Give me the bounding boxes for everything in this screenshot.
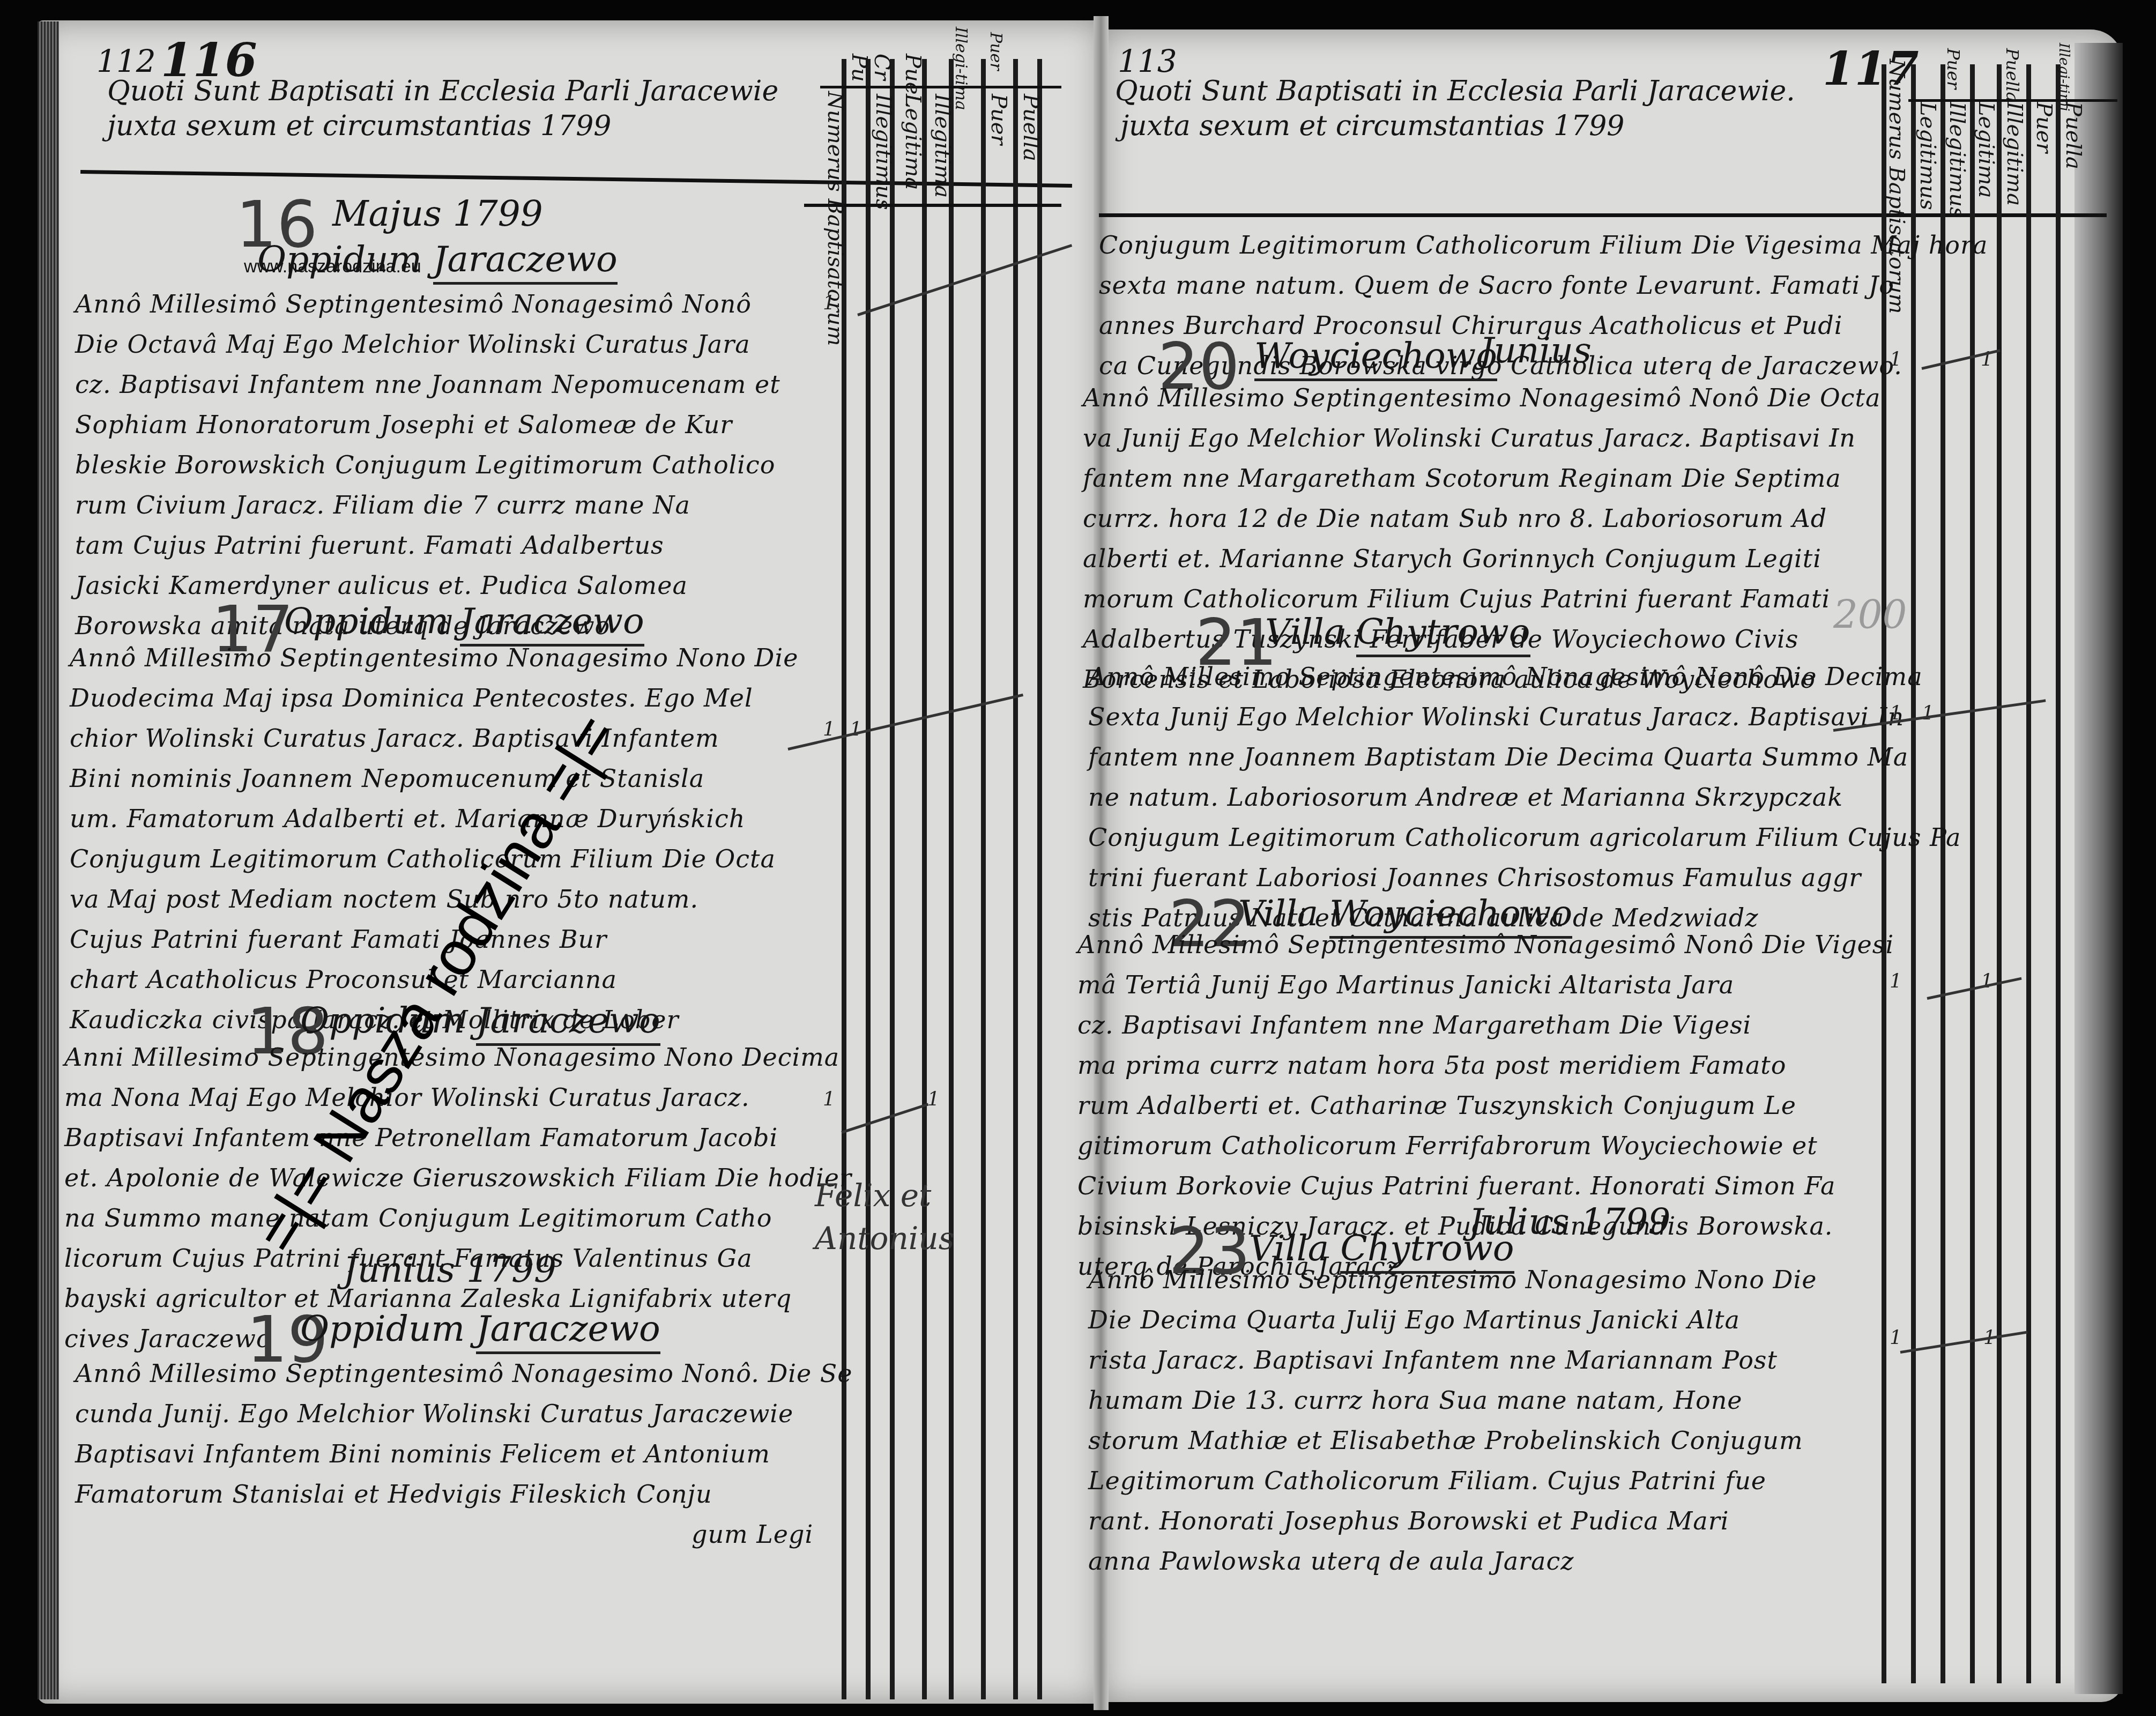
- entry-20-location: Woyciechowo: [1254, 335, 1497, 376]
- entry-17-location: Oppidum Jaraczewo: [284, 600, 644, 642]
- entry-16-location-name: Jaraczewo: [433, 239, 618, 285]
- entry-21-line: Conjugum Legitimorum Catholicorum agrico…: [1088, 823, 1961, 852]
- entry-20-line: currz. hora 12 de Die natam Sub nro 8. L…: [1083, 504, 1827, 533]
- entry-19-line: Annô Millesimo Septingentesimô Nonagesim…: [75, 1359, 853, 1388]
- right-header-line-2: juxta sexum et circumstantias 1799: [1120, 110, 1624, 142]
- book-right-edge: [2075, 43, 2123, 1694]
- entry-23-line: Legitimorum Catholicorum Filiam. Cujus P…: [1088, 1466, 1766, 1495]
- left-col-head-rule: [820, 86, 1061, 88]
- entry-16-line: Jasicki Kamerdyner aulicus et. Pudica Sa…: [75, 571, 688, 600]
- right-col-puer: Puer: [2032, 102, 2056, 153]
- entry-17-line: chart Acatholicus Proconsul et Marcianna: [70, 965, 617, 994]
- entry-21-line: fantem nne Joannem Baptistam Die Decima …: [1088, 742, 1908, 771]
- entry-19-body: Annô Millesimo Septingentesimô Nonagesim…: [75, 1354, 853, 1555]
- entry-17-line: Duodecima Maj ipsa Dominica Pentecostes.…: [70, 684, 753, 712]
- left-col-illegitimus: Illegitimus: [871, 94, 896, 210]
- entry-23-line: rant. Honorati Josephus Borowski et Pudi…: [1088, 1506, 1729, 1535]
- entry-20-line: Annô Millesimo Septingentesimo Nonagesim…: [1083, 383, 1880, 412]
- left-col-line: [1013, 59, 1018, 1699]
- left-col-line: [981, 59, 986, 1699]
- entry-20-line: fantem nne Margaretham Scotorum Reginam …: [1083, 464, 1841, 493]
- entry-19-line: cunda Junij. Ego Melchior Wolinski Curat…: [75, 1399, 793, 1428]
- left-col-top-illegitima: Illegi-tima: [951, 27, 970, 110]
- entry-18-line: Baptisavi Infantem nne Petronellam Famat…: [64, 1123, 778, 1152]
- right-col-puella: Puella: [2061, 102, 2086, 169]
- entry-22-line: rum Adalberti et. Catharinæ Tuszynskich …: [1077, 1091, 1796, 1120]
- entry-22-tally-mark: 1: [1890, 970, 1902, 992]
- entry-23-line: Die Decima Quarta Julij Ego Martinus Jan…: [1088, 1305, 1740, 1334]
- entry-18-line: cives Jaraczewo: [64, 1324, 271, 1353]
- right-col-illegitimus: Illegitimus: [1945, 102, 1969, 218]
- entry-20-line: va Junij Ego Melchior Wolinski Curatus J…: [1083, 424, 1856, 452]
- entry-23-body: Annô Millesimo Septingentesimo Nonagesim…: [1088, 1260, 1817, 1581]
- entry-16-line: Sophiam Honoratorum Josephi et Salomeæ d…: [75, 410, 732, 439]
- watermark-url: www.naszarodzina.eu: [244, 256, 421, 277]
- entry-16-line: Annô Millesimô Septingentesimô Nonagesim…: [75, 289, 752, 318]
- entry-22-line: mâ Tertiâ Junij Ego Martinus Janicki Alt…: [1077, 970, 1734, 999]
- right-col-top-puella: Puella: [2002, 48, 2023, 102]
- entry-17-tally-mark: 1: [850, 718, 862, 740]
- continuation-line: Conjugum Legitimorum Catholicorum Filium…: [1099, 231, 1988, 259]
- entry-18-line: Anni Millesimo Septingentesimo Nonagesim…: [64, 1043, 839, 1072]
- entry-23-tally-mark: 1: [1890, 1327, 1902, 1349]
- book-left-edge: [38, 21, 59, 1699]
- entry-21-line: Sexta Junij Ego Melchior Wolinski Curatu…: [1088, 702, 1904, 731]
- entry-19-location: Oppidum Jaraczewo: [300, 1308, 660, 1349]
- entry-18-tally-mark: 1: [823, 1088, 835, 1110]
- entry-20-pencil-note: 200: [1833, 592, 1907, 637]
- entry-18-location: Oppidum Jaraczewo: [300, 1000, 660, 1041]
- right-folio-old: 113: [1118, 43, 1177, 79]
- entry-23-line: humam Die 13. currz hora Sua mane natam,…: [1088, 1386, 1743, 1415]
- entry-21-line: Annô Millesimo Septingentesimô Nonagesim…: [1088, 662, 1923, 691]
- right-col-line: [1997, 64, 2002, 1683]
- right-col-legitimus: Legitimus: [1915, 102, 1940, 210]
- left-col-line: [949, 59, 954, 1699]
- entry-21-location-name: Chytrowo: [1356, 611, 1530, 657]
- entry-21-location-type: Villa: [1265, 611, 1345, 652]
- entry-23-line: storum Mathiæ et Elisabethæ Probelinskic…: [1088, 1426, 1803, 1455]
- left-folio-old: 112: [96, 43, 156, 79]
- entry-19-location-type: Oppidum: [300, 1308, 465, 1349]
- left-col-line: [866, 59, 871, 1699]
- entry-19-month: Junius 1799: [343, 1249, 556, 1290]
- entry-23-line: rista Jaracz. Baptisavi Infantem nne Mar…: [1088, 1346, 1778, 1375]
- right-col-line: [2026, 64, 2031, 1683]
- entry-18-line: na Summo mane natam Conjugum Legitimorum…: [64, 1204, 772, 1232]
- entry-22-line: Civium Borkovie Cujus Patrini fuerant. H…: [1077, 1171, 1835, 1200]
- entry-17-line: um. Famatorum Adalberti et. Mariannæ Dur…: [70, 804, 745, 833]
- left-col-puella: Puella: [1018, 94, 1043, 161]
- left-col-top-puer: Puer: [986, 32, 1005, 71]
- entry-22-line: gitimorum Catholicorum Ferrifabrorum Woy…: [1077, 1131, 1818, 1160]
- entry-21-tally-mark: 1: [1922, 702, 1934, 724]
- entry-20-line: alberti et. Marianne Starych Gorinnych C…: [1083, 544, 1822, 573]
- entry-18-tally-mark: 1: [927, 1088, 940, 1110]
- entry-20-location-name: Woyciechowo: [1254, 335, 1497, 381]
- entry-17-line: va Maj post Mediam noctem Sub nro 5to na…: [70, 885, 698, 913]
- entry-21-location: Villa Chytrowo: [1265, 611, 1530, 652]
- entry-19-line: gum Legi: [75, 1520, 813, 1549]
- entry-22-line: Annô Millesimô Septingentesimô Nonagesim…: [1077, 930, 1894, 959]
- entry-23-line: Annô Millesimo Septingentesimo Nonagesim…: [1088, 1265, 1817, 1294]
- right-header-line-1: Quoti Sunt Baptisati in Ecclesia Parli J…: [1115, 75, 1795, 107]
- entry-16-tally-mark: 1: [823, 292, 835, 314]
- entry-16-line: cz. Baptisavi Infantem nne Joannam Nepom…: [75, 370, 780, 399]
- left-col-line: [1037, 59, 1042, 1699]
- left-header-line-2: juxta sexum et circumstantias 1799: [107, 110, 611, 142]
- entry-18-line: et. Apolonie de Walewicze Gieruszowskich…: [64, 1163, 852, 1192]
- right-col-illegitima: Illegitima: [2002, 102, 2027, 206]
- entry-16-body: Annô Millesimô Septingentesimô Nonagesim…: [75, 284, 780, 646]
- entry-21-line: ne natum. Laboriosorum Andreæ et Mariann…: [1088, 783, 1843, 812]
- right-col-line: [2056, 64, 2061, 1683]
- left-col-cr: Cr: [869, 54, 894, 80]
- entry-19-line: Famatorum Stanislai et Hedvigis Fileskic…: [75, 1480, 712, 1509]
- left-header-line-1: Quoti Sunt Baptisati in Ecclesia Parli J…: [107, 75, 778, 107]
- entry-17-line: Annô Millesimo Septingentesimo Nonagesim…: [70, 643, 798, 672]
- right-col-top-puer: Puer: [1943, 48, 1964, 89]
- entry-22-tally-mark: 1: [1981, 970, 1993, 992]
- right-col-top-illegitimi: Illegi-timi: [2056, 43, 2072, 112]
- entry-16-line: bleskie Borowskich Conjugum Legitimorum …: [75, 450, 776, 479]
- entry-20-tally-mark: 1: [1890, 348, 1902, 370]
- entry-17-line: Conjugum Legitimorum Catholicorum Filium…: [70, 844, 776, 873]
- entry-19-location-name: Jaraczewo: [476, 1308, 660, 1354]
- entry-22-line: cz. Baptisavi Infantem nne Margaretham D…: [1077, 1011, 1751, 1039]
- continuation-line: sexta mane natum. Quem de Sacro fonte Le…: [1099, 271, 1894, 300]
- entry-16-month: Majus 1799: [332, 193, 543, 234]
- entry-19-margin-note: Felix et Antonius: [815, 1174, 1018, 1260]
- entry-20-month: Junius: [1480, 330, 1592, 371]
- right-col-legitima: Legitima: [1974, 102, 1998, 198]
- left-col-puer: Puer: [986, 94, 1011, 145]
- left-col-pu: Pu: [847, 54, 872, 82]
- entry-16-line: tam Cujus Patrini fuerunt. Famati Adalbe…: [75, 531, 664, 560]
- entry-17-line: Cujus Patrini fuerant Famati Joannes Bur: [70, 925, 607, 954]
- left-col-line: [922, 59, 927, 1699]
- left-col-legitima: Legitima: [901, 94, 925, 190]
- entry-16-line: Die Octavâ Maj Ego Melchior Wolinski Cur…: [75, 330, 750, 359]
- entry-16-line: rum Civium Jaracz. Filiam die 7 currz ma…: [75, 491, 690, 519]
- entry-23-line: anna Pawlowska uterq de aula Jaracz: [1088, 1547, 1574, 1576]
- entry-19-line: Baptisavi Infantem Bini nominis Felicem …: [75, 1439, 770, 1468]
- entry-22-line: ma prima currz natam hora 5ta post merid…: [1077, 1051, 1787, 1080]
- entry-17-location-type: Oppidum: [284, 600, 449, 642]
